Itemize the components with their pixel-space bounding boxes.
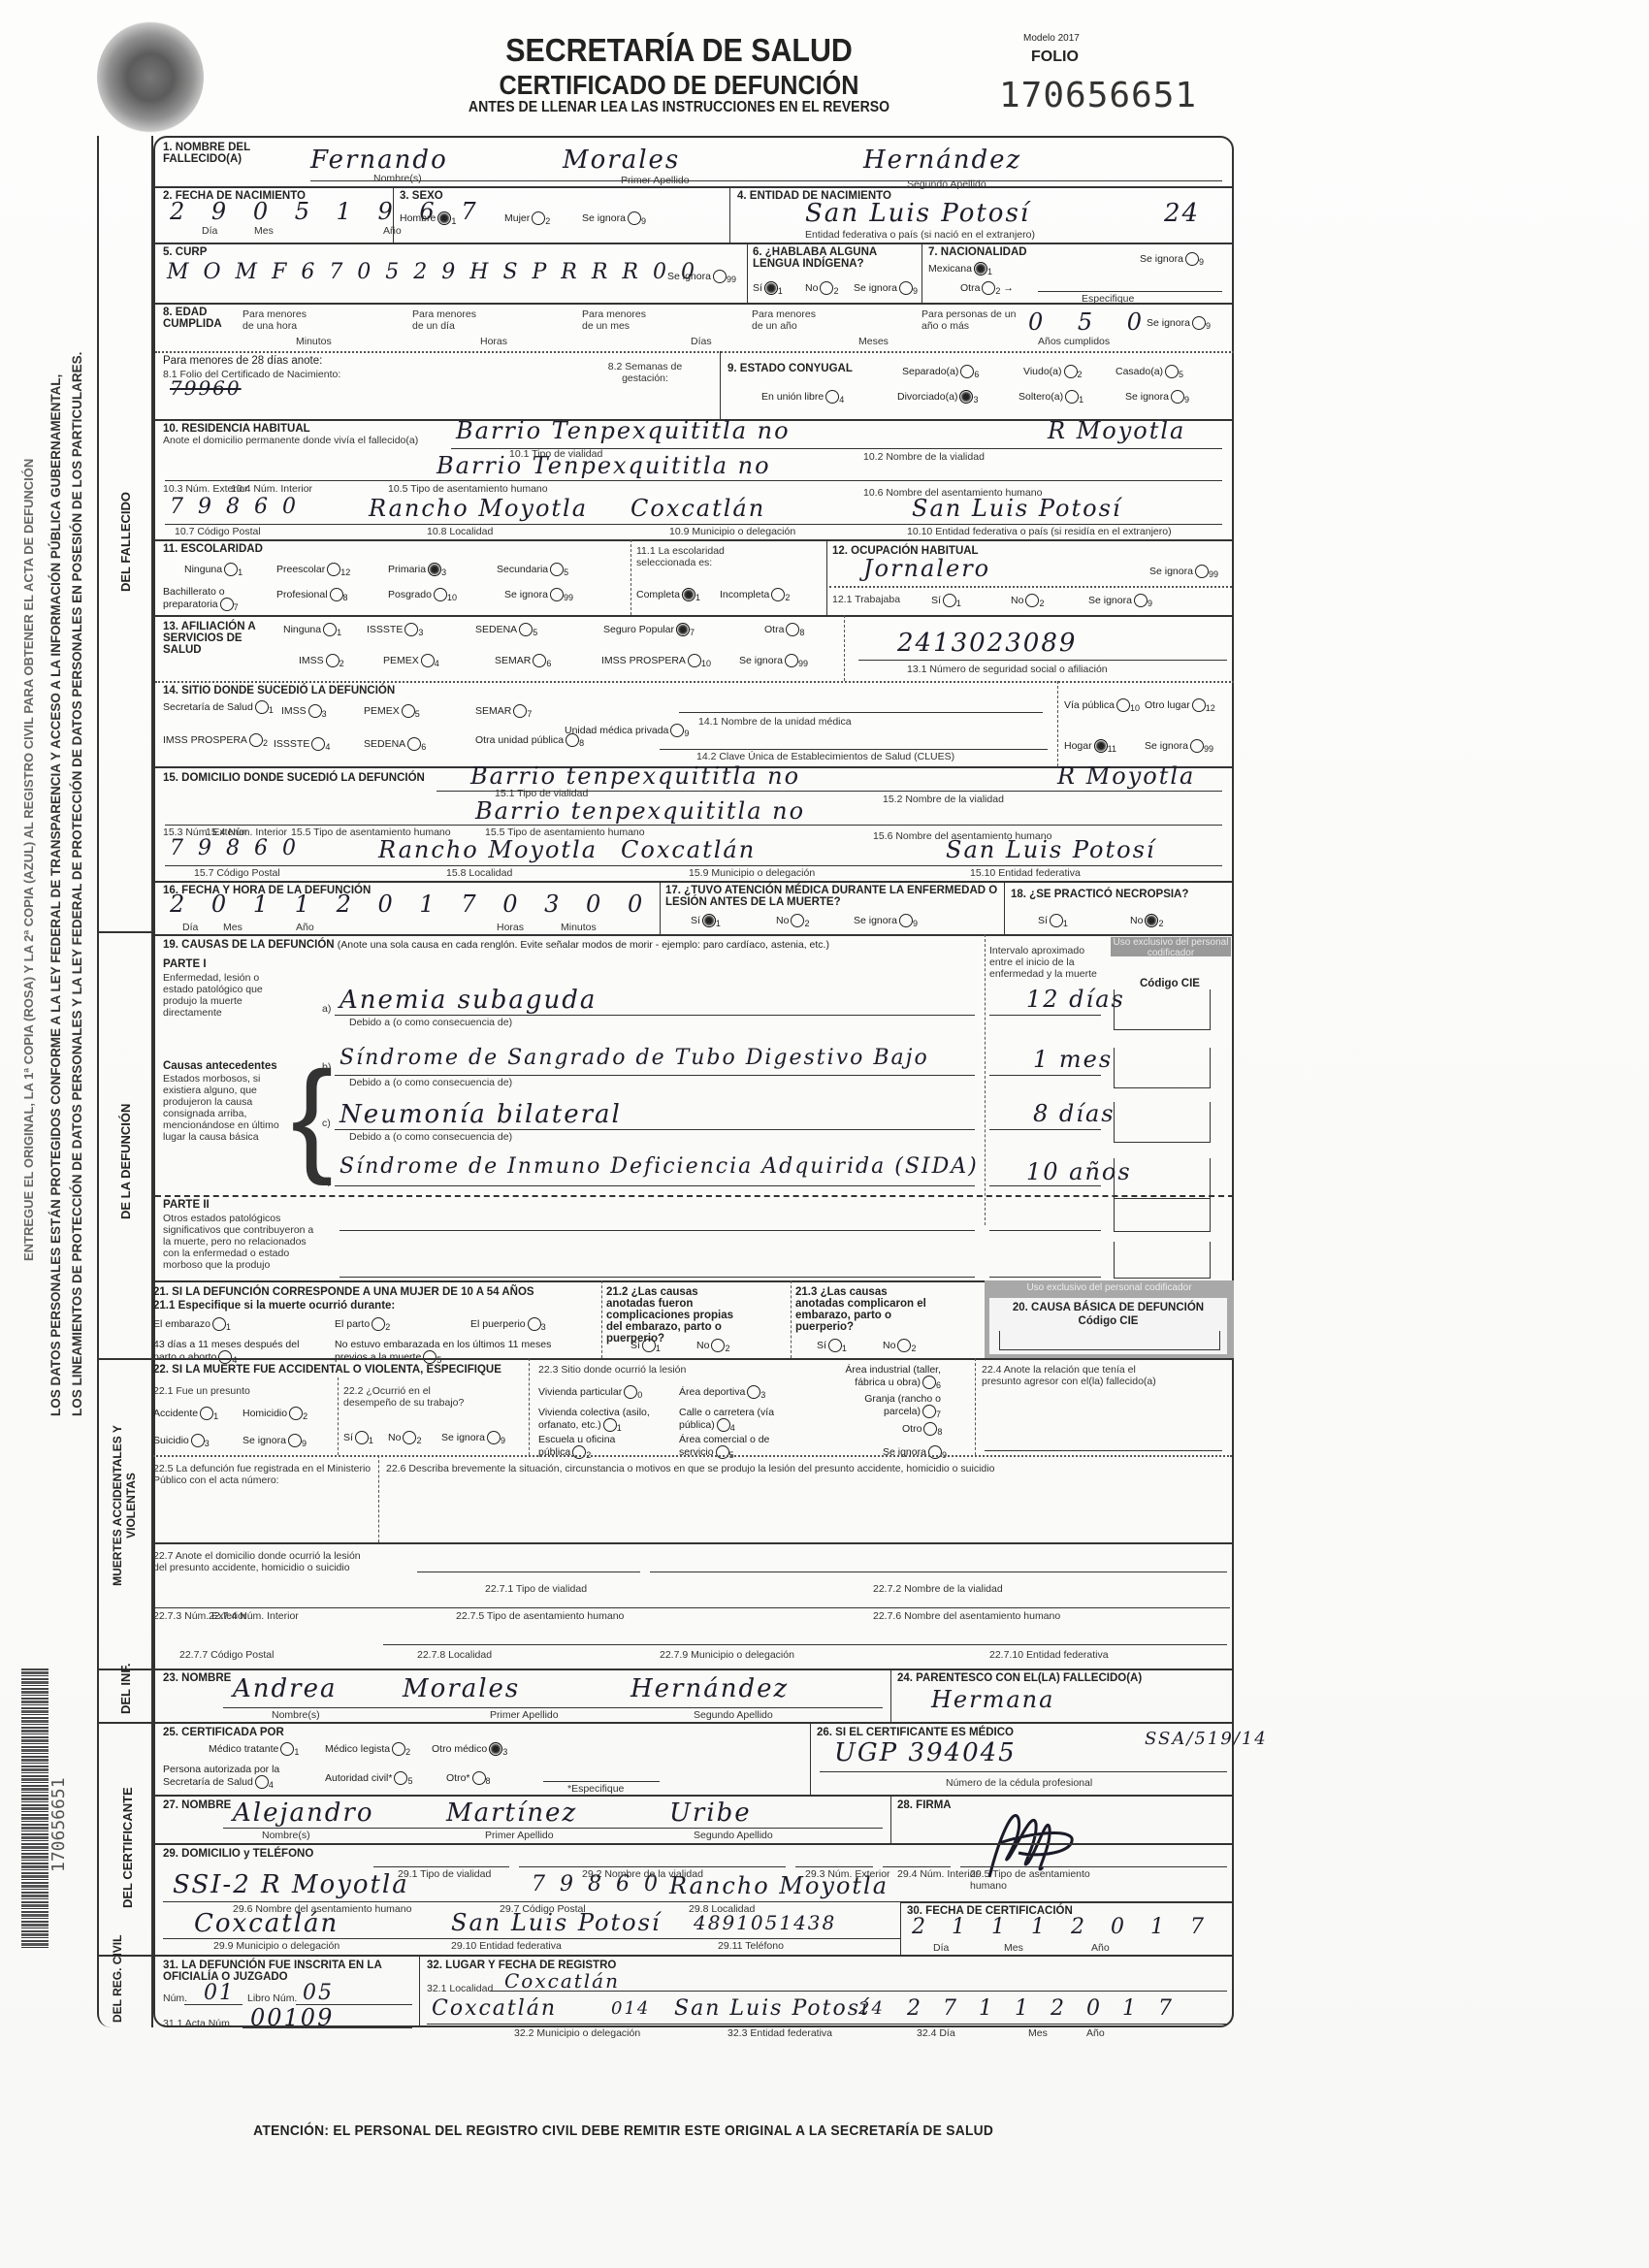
edu-unknown[interactable]: Se ignora99 <box>504 588 573 602</box>
injury-site-industrial[interactable]: Área industrial (taller, fábrica u obra)… <box>824 1364 941 1390</box>
pregnancy-43days[interactable]: 43 días a 11 meses después del parto o a… <box>153 1339 308 1365</box>
registry-date[interactable]: 2 7 1 1 2 0 1 7 <box>907 1996 1180 2021</box>
work-related-no[interactable]: No2 <box>388 1431 421 1445</box>
edu-professional[interactable]: Profesional8 <box>276 588 348 602</box>
side-privacy-1: LOS DATOS PERSONALES ESTÁN PROTEGIDOS CO… <box>48 374 63 1416</box>
certifier-legal[interactable]: Médico legista2 <box>325 1742 410 1757</box>
edu-complete[interactable]: Completa1 <box>636 588 700 602</box>
certifier-first-name[interactable]: Alejandro <box>233 1798 374 1828</box>
death-street[interactable]: Barrio tenpexquititla no <box>470 762 800 790</box>
injury-site-other[interactable]: Otro8 <box>902 1422 942 1437</box>
informant-first-name[interactable]: Andrea <box>233 1674 337 1703</box>
site-pemex[interactable]: PEMEX5 <box>364 704 420 719</box>
side-folio-number: 170656651 <box>48 1777 69 1872</box>
s19-title: 19. CAUSAS DE LA DEFUNCIÓN (Anote una so… <box>163 939 829 951</box>
site-ssa[interactable]: Secretaría de Salud1 <box>163 700 274 715</box>
curp-unknown[interactable]: Se ignora99 <box>667 270 736 284</box>
edu-postgrad[interactable]: Posgrado10 <box>388 588 457 602</box>
certifier-street[interactable]: SSI-2 R Moyotla <box>173 1870 409 1899</box>
certification-date[interactable]: 2 1 1 1 2 0 1 7 <box>912 1915 1213 1939</box>
curp-field[interactable]: M O M F 6 7 0 5 2 9 H S P R R R 0 0 <box>167 260 698 284</box>
edu-highschool[interactable]: Bachillerato o preparatoria7 <box>163 586 260 612</box>
marital-divorced[interactable]: Divorciado(a)3 <box>897 390 978 405</box>
certifier-phone[interactable]: 4891051438 <box>694 1911 836 1934</box>
insurance-imss[interactable]: IMSS2 <box>299 654 344 668</box>
site-public-road[interactable]: Vía pública10 <box>1064 698 1140 713</box>
insurance-number[interactable]: 2413023089 <box>897 629 1077 658</box>
certificate-page: SECRETARÍA DE SALUD CERTIFICADO DE DEFUN… <box>0 0 1649 2268</box>
cause-b[interactable]: Síndrome de Sangrado de Tubo Digestivo B… <box>339 1046 929 1070</box>
informant-last-name-2[interactable]: Hernández <box>630 1674 789 1703</box>
accident-type-accident[interactable]: Accidente1 <box>153 1407 218 1421</box>
insurance-imss-prospera[interactable]: IMSS PROSPERA10 <box>601 654 711 668</box>
occupation[interactable]: Jornalero <box>863 555 990 582</box>
deceased-last-name-2[interactable]: Hernández <box>863 146 1021 175</box>
sex-male[interactable]: Hombre1 <box>400 211 456 226</box>
registry-state-code[interactable]: 24 <box>858 1998 885 2019</box>
worked-yes[interactable]: Sí1 <box>931 594 961 608</box>
sex-unknown[interactable]: Se ignora9 <box>582 211 646 226</box>
ministry-title: SECRETARÍA DE SALUD <box>473 32 884 69</box>
registry-book-number[interactable]: 05 <box>303 1981 334 2005</box>
parte2-cie-1[interactable] <box>1114 1199 1211 1232</box>
birth-state[interactable]: San Luis Potosí <box>805 199 1030 228</box>
cause-d-cie[interactable] <box>1114 1158 1211 1199</box>
basic-cause-cie-field[interactable] <box>999 1331 1220 1350</box>
insurance-semar[interactable]: SEMAR6 <box>495 654 551 668</box>
side-instruction: ENTREGUE EL ORIGINAL, LA 1ª COPIA (ROSA)… <box>21 459 36 1261</box>
registry-municipality[interactable]: Coxcatlán <box>432 1996 557 2021</box>
marital-separated[interactable]: Separado(a)6 <box>902 365 979 379</box>
certifier-state[interactable]: San Luis Potosí <box>451 1909 662 1936</box>
injury-site-street[interactable]: Calle o carretera (vía pública)4 <box>679 1407 786 1433</box>
certifier-locality[interactable]: Rancho Moyotla <box>669 1872 889 1899</box>
residence-locality[interactable]: Rancho Moyotla <box>369 495 588 522</box>
edu-incomplete[interactable]: Incompleta2 <box>720 588 790 602</box>
cause-a-interval[interactable]: 12 días <box>1026 986 1125 1013</box>
certifier-last-name-1[interactable]: Martínez <box>446 1798 577 1828</box>
site-imss-prospera[interactable]: IMSS PROSPERA2 <box>163 733 268 748</box>
cause-a[interactable]: Anemia subaguda <box>339 986 597 1015</box>
indigenous-unknown[interactable]: Se ignora9 <box>854 281 918 296</box>
residence-municipality[interactable]: Coxcatlán <box>630 495 765 522</box>
birth-cert-folio[interactable]: 79960 <box>170 376 242 400</box>
footer-attention: ATENCIÓN: EL PERSONAL DEL REGISTRO CIVIL… <box>253 2122 993 2139</box>
occupation-unknown[interactable]: Se ignora99 <box>1149 565 1218 579</box>
pregnancy-puerperium[interactable]: El puerperio3 <box>470 1317 546 1332</box>
certifier-other[interactable]: Otro*8 <box>446 1771 491 1786</box>
model-year: Modelo 2017 <box>1023 33 1080 44</box>
sex-female[interactable]: Mujer2 <box>504 211 550 226</box>
medical-attention-no[interactable]: No2 <box>776 914 809 928</box>
edu-preschool[interactable]: Preescolar12 <box>276 563 350 577</box>
nationality-unknown[interactable]: Se ignora9 <box>1140 252 1204 267</box>
necropsy-yes[interactable]: Sí1 <box>1038 914 1068 928</box>
license-extra[interactable]: SSA/519/14 <box>1145 1729 1268 1749</box>
death-locality[interactable]: Rancho Moyotla <box>378 836 598 863</box>
nationality-other[interactable]: Otra2 → <box>960 281 1014 296</box>
insurance-none[interactable]: Ninguna1 <box>283 623 341 637</box>
parte2-cie-2[interactable] <box>1114 1242 1211 1279</box>
registry-state[interactable]: San Luis Potosí <box>674 1996 869 2021</box>
necropsy-no[interactable]: No2 <box>1130 914 1163 928</box>
folio-number: 17065665​1 <box>999 76 1197 115</box>
residence-zip[interactable]: 7 9 8 6 0 <box>170 495 300 519</box>
marital-free-union[interactable]: En unión libre4 <box>761 390 844 405</box>
informant-relationship[interactable]: Hermana <box>931 1686 1054 1713</box>
site-other-place[interactable]: Otro lugar12 <box>1145 698 1215 713</box>
edu-none[interactable]: Ninguna1 <box>184 563 242 577</box>
cause-c[interactable]: Neumonía bilateral <box>339 1100 622 1129</box>
cause-a-cie[interactable] <box>1114 989 1211 1030</box>
informant-last-name-1[interactable]: Morales <box>403 1674 520 1703</box>
nationality-mexican[interactable]: Mexicana1 <box>928 262 992 276</box>
marital-married[interactable]: Casado(a)5 <box>1115 365 1183 379</box>
complicated-yes[interactable]: Sí1 <box>817 1339 847 1353</box>
indigenous-no[interactable]: No2 <box>805 281 838 296</box>
age-years[interactable]: 0 5 0 <box>1028 308 1155 336</box>
accident-type-suicide[interactable]: Suicidio3 <box>153 1434 210 1448</box>
section-certificante: DEL CERTIFICANTE <box>97 1722 153 1955</box>
site-sedena[interactable]: SEDENA6 <box>364 737 426 752</box>
certifier-last-name-2[interactable]: Uribe <box>669 1798 752 1828</box>
worked-unknown[interactable]: Se ignora9 <box>1088 594 1152 608</box>
complicated-no[interactable]: No2 <box>883 1339 916 1353</box>
site-issste[interactable]: ISSSTE4 <box>274 737 330 752</box>
site-imss[interactable]: IMSS3 <box>281 704 327 719</box>
death-municipality[interactable]: Coxcatlán <box>621 836 756 863</box>
residence-street[interactable]: Barrio Tenpexquititla no <box>456 417 791 444</box>
insurance-pemex[interactable]: PEMEX4 <box>383 654 439 668</box>
registry-office-number[interactable]: 01 <box>204 1981 235 2005</box>
certifier-other-doctor[interactable]: Otro médico3 <box>432 1742 507 1757</box>
residence-settlement[interactable]: Barrio Tenpexquititla no <box>436 452 771 479</box>
cause-d[interactable]: Síndrome de Inmuno Deficiencia Adquirida… <box>339 1154 979 1179</box>
section-defuncion: DE LA DEFUNCIÓN <box>97 931 153 1358</box>
insurance-seguro-popular[interactable]: Seguro Popular7 <box>603 623 695 637</box>
certificate-title: CERTIFICADO DE DEFUNCIÓN <box>461 70 897 101</box>
death-datetime[interactable]: 2 0 1 1 2 0 1 7 0 3 0 0 <box>170 891 652 918</box>
certifier-authorized[interactable]: Persona autorizada por la Secretaría de … <box>163 1764 299 1790</box>
insurance-sedena[interactable]: SEDENA5 <box>475 623 537 637</box>
cause-c-interval[interactable]: 8 días <box>1033 1100 1115 1127</box>
instruction-text: ANTES DE LLENAR LEA LAS INSTRUCCIONES EN… <box>423 99 935 116</box>
site-private[interactable]: Unidad médica privada9 <box>565 724 689 738</box>
site-unknown[interactable]: Se ignora99 <box>1145 739 1213 754</box>
cause-b-interval[interactable]: 1 mes <box>1033 1046 1113 1073</box>
injury-site-farm[interactable]: Granja (rancho o parcela)7 <box>829 1393 941 1419</box>
death-street-name[interactable]: R Moyotla <box>1057 762 1195 790</box>
medical-attention-unknown[interactable]: Se ignora9 <box>854 914 918 928</box>
injury-site-sports[interactable]: Área deportiva3 <box>679 1385 765 1400</box>
professional-license[interactable]: UGP 394045 <box>834 1738 1017 1767</box>
death-zip[interactable]: 7 9 8 6 0 <box>170 836 300 860</box>
complication-own-yes[interactable]: Sí1 <box>630 1339 661 1353</box>
marital-unknown[interactable]: Se ignora9 <box>1125 390 1189 405</box>
accident-type-unknown[interactable]: Se ignora9 <box>242 1434 307 1448</box>
section-fallecido: DEL FALLECIDO <box>97 136 153 931</box>
marital-widowed[interactable]: Viudo(a)2 <box>1023 365 1083 379</box>
section-informante: DEL INF. <box>97 1669 153 1722</box>
medical-attention-yes[interactable]: Sí1 <box>691 914 721 928</box>
deceased-first-name[interactable]: Fernando <box>310 146 448 175</box>
side-privacy-2: LOS LINEAMIENTOS DE PROTECCIÓN DE DATOS … <box>70 352 84 1416</box>
injury-site-unknown[interactable]: Se ignora9 <box>883 1445 947 1460</box>
registry-municipality-code[interactable]: 014 <box>611 1998 650 2019</box>
certifier-civil[interactable]: Autoridad civil*5 <box>325 1771 412 1786</box>
worked-no[interactable]: No2 <box>1011 594 1044 608</box>
residence-street-name[interactable]: R Moyotla <box>1048 417 1185 444</box>
pregnancy-childbirth[interactable]: El parto2 <box>335 1317 390 1332</box>
edu-primary[interactable]: Primaria3 <box>388 563 446 577</box>
certifier-treating[interactable]: Médico tratante1 <box>209 1742 299 1757</box>
s1-title: 1. NOMBRE DEL FALLECIDO(A) <box>163 142 250 165</box>
national-seal-icon <box>97 21 204 133</box>
injury-site-home[interactable]: Vivienda particular0 <box>538 1385 642 1400</box>
work-related-unknown[interactable]: Se ignora9 <box>441 1431 505 1445</box>
pregnancy-during[interactable]: El embarazo1 <box>153 1317 231 1332</box>
section-registro: DEL REG. CIVIL <box>97 1955 153 2027</box>
section-accidentales: MUERTES ACCIDENTALES Y VIOLENTAS <box>97 1358 153 1669</box>
age-unknown[interactable]: Se ignora9 <box>1147 316 1211 331</box>
insurance-issste[interactable]: ISSSTE3 <box>367 623 423 637</box>
folio-label: FOLIO <box>1031 49 1079 66</box>
barcode <box>21 1669 48 1950</box>
insurance-other[interactable]: Otra8 <box>764 623 804 637</box>
injury-site-collective[interactable]: Vivienda colectiva (asilo, orfanato, etc… <box>538 1407 664 1433</box>
death-state[interactable]: San Luis Potosí <box>946 836 1156 863</box>
site-home[interactable]: Hogar11 <box>1064 739 1116 754</box>
work-related-yes[interactable]: Sí1 <box>343 1431 373 1445</box>
complication-own-no[interactable]: No2 <box>696 1339 729 1353</box>
edu-secondary[interactable]: Secundaria5 <box>497 563 568 577</box>
birth-state-code[interactable]: 24 <box>1164 199 1200 228</box>
accident-type-homicide[interactable]: Homicidio2 <box>242 1407 307 1421</box>
deceased-last-name-1[interactable]: Morales <box>563 146 680 175</box>
indigenous-yes[interactable]: Sí1 <box>753 281 783 296</box>
registry-locality[interactable]: Coxcatlán <box>504 1969 620 1993</box>
site-semar[interactable]: SEMAR7 <box>475 704 532 719</box>
pregnancy-none[interactable]: No estuvo embarazada en los últimos 11 m… <box>335 1339 558 1365</box>
certifier-zip[interactable]: 7 9 8 6 0 <box>532 1872 662 1896</box>
cause-b-cie[interactable] <box>1114 1048 1211 1088</box>
certifier-municipality[interactable]: Coxcatlán <box>194 1909 339 1938</box>
death-settlement[interactable]: Barrio tenpexquititla no <box>475 797 805 825</box>
insurance-unknown[interactable]: Se ignora99 <box>739 654 808 668</box>
cause-c-cie[interactable] <box>1114 1102 1211 1143</box>
residence-state[interactable]: San Luis Potosí <box>912 495 1122 522</box>
marital-single[interactable]: Soltero(a)1 <box>1018 390 1083 405</box>
